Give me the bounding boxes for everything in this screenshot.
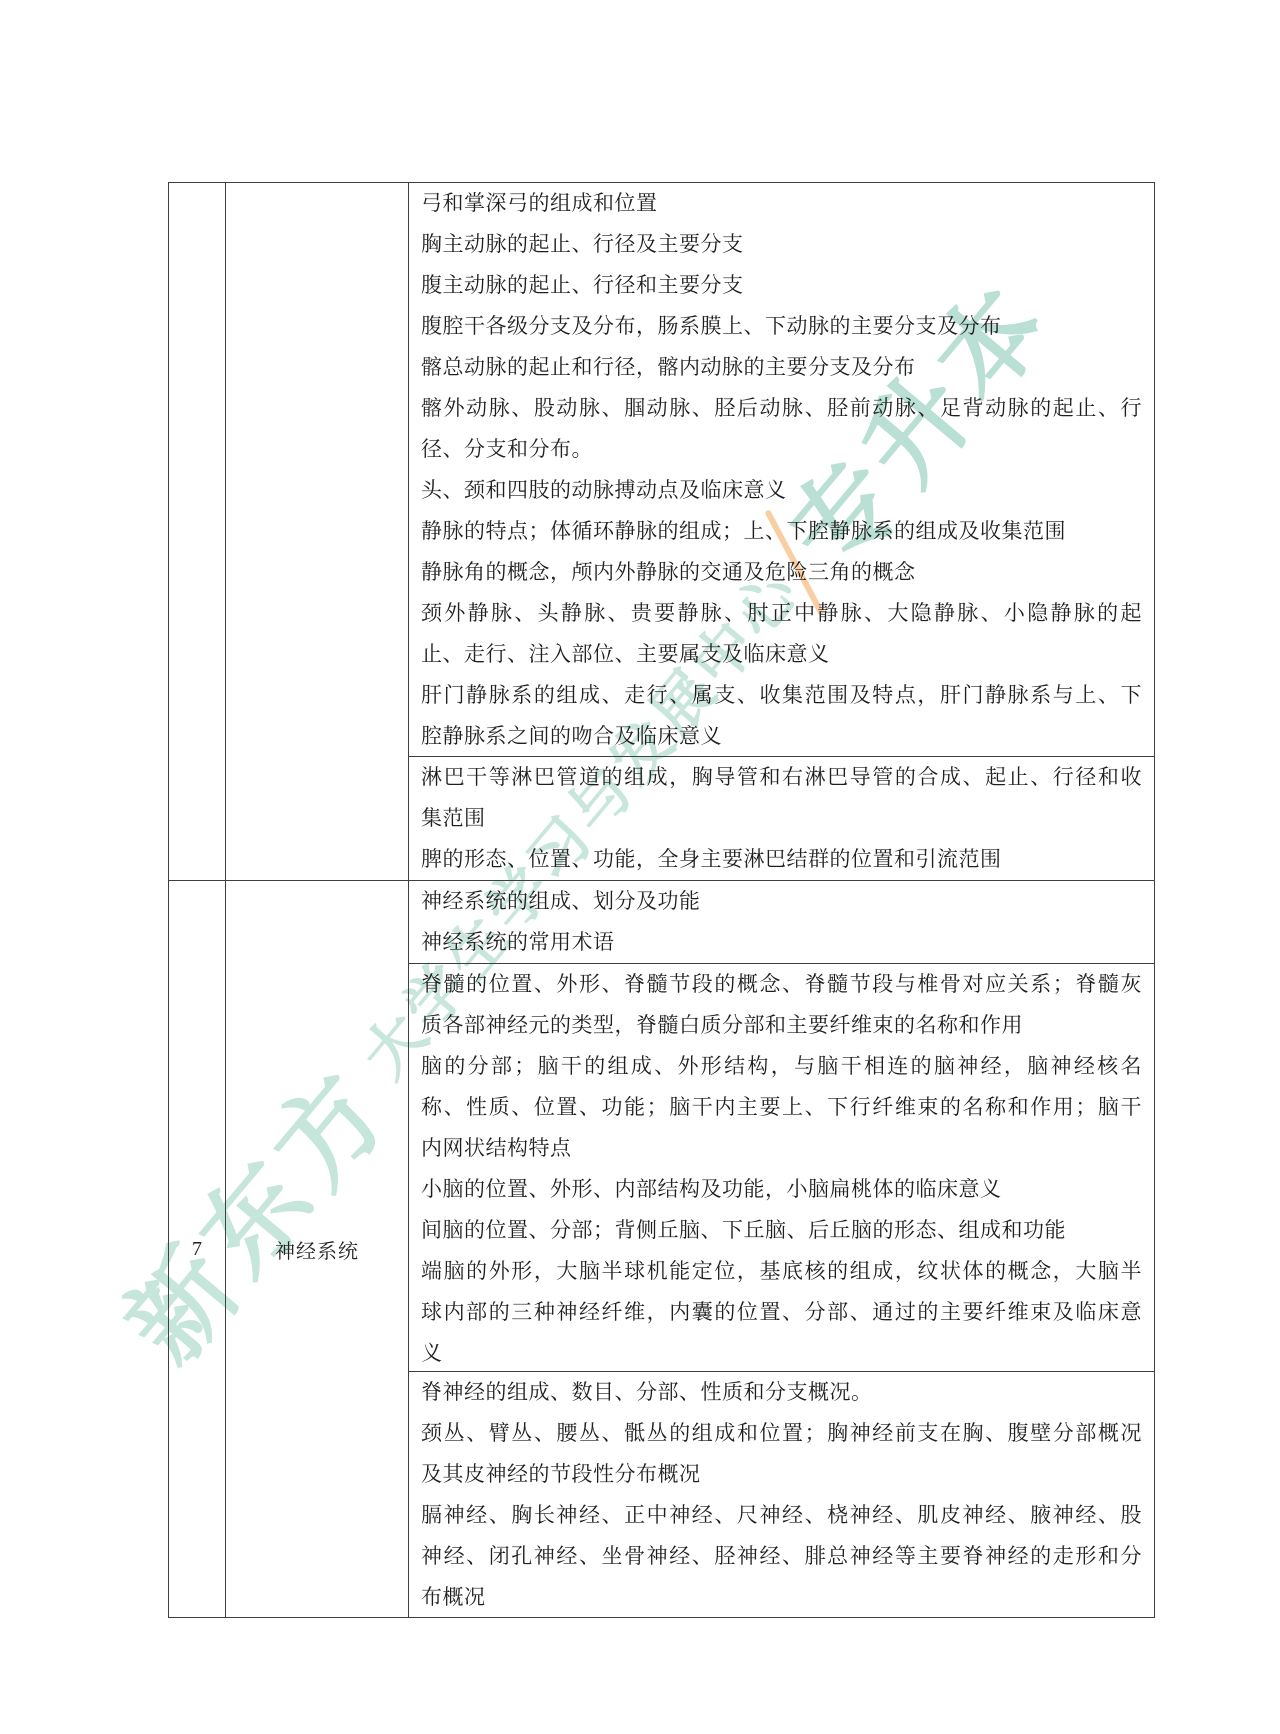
system-name: 神经系统: [275, 1235, 359, 1264]
content-cell-lymph: 淋巴干等淋巴管道的组成，胸导管和右淋巴导管的合成、起止、行径和收集范围脾的形态、…: [409, 756, 1154, 880]
content-line: 弓和掌深弓的组成和位置: [421, 183, 1142, 224]
row-number: 7: [192, 1238, 202, 1261]
content-column: 弓和掌深弓的组成和位置胸主动脉的起止、行径及主要分支腹主动脉的起止、行径和主要分…: [409, 183, 1154, 880]
content-cell-spinal-nerves: 脊神经的组成、数目、分部、性质和分支概况。颈丛、臂丛、腰丛、骶丛的组成和位置；胸…: [409, 1371, 1154, 1618]
content-line: 间脑的位置、分部；背侧丘脑、下丘脑、后丘脑的形态、组成和功能: [421, 1210, 1142, 1251]
content-line: 腔静脉系之间的吻合及临床意义: [421, 716, 1142, 756]
table-row-continuation: 弓和掌深弓的组成和位置胸主动脉的起止、行径及主要分支腹主动脉的起止、行径和主要分…: [169, 183, 1154, 880]
content-line: 及其皮神经的节段性分布概况: [421, 1454, 1142, 1495]
content-line: 脊神经的组成、数目、分部、性质和分支概况。: [421, 1372, 1142, 1413]
content-line: 髂总动脉的起止和行径，髂内动脉的主要分支及分布: [421, 347, 1142, 388]
content-line: 肝门静脉系的组成、走行、属支、收集范围及特点，肝门静脉系与上、下: [421, 675, 1142, 716]
content-line: 静脉的特点；体循环静脉的组成；上、下腔静脉系的组成及收集范围: [421, 511, 1142, 552]
content-line: 髂外动脉、股动脉、腘动脉、胫后动脉、胫前动脉、足背动脉的起止、行: [421, 388, 1142, 429]
content-line: 义: [421, 1333, 1142, 1371]
syllabus-table: 弓和掌深弓的组成和位置胸主动脉的起止、行径及主要分支腹主动脉的起止、行径和主要分…: [168, 182, 1155, 1618]
content-line: 径、分支和分布。: [421, 429, 1142, 470]
content-line: 球内部的三种神经纤维，内囊的位置、分部、通过的主要纤维束及临床意: [421, 1292, 1142, 1333]
content-line: 质各部神经元的类型，脊髓白质分部和主要纤维束的名称和作用: [421, 1005, 1142, 1046]
content-line: 神经系统的常用术语: [421, 922, 1142, 963]
content-line: 头、颈和四肢的动脉搏动点及临床意义: [421, 470, 1142, 511]
system-name-cell: [226, 183, 409, 880]
content-line: 脊髓的位置、外形、脊髓节段的概念、脊髓节段与椎骨对应关系；脊髓灰: [421, 964, 1142, 1005]
content-line: 颈丛、臂丛、腰丛、骶丛的组成和位置；胸神经前支在胸、腹壁分部概况: [421, 1413, 1142, 1454]
content-line: 集范围: [421, 798, 1142, 839]
content-line: 胸主动脉的起止、行径及主要分支: [421, 224, 1142, 265]
content-line: 脾的形态、位置、功能，全身主要淋巴结群的位置和引流范围: [421, 839, 1142, 880]
content-line: 内网状结构特点: [421, 1128, 1142, 1169]
content-line: 小脑的位置、外形、内部结构及功能，小脑扁桃体的临床意义: [421, 1169, 1142, 1210]
row-number-cell: 7: [169, 881, 226, 1618]
content-cell-cns: 脊髓的位置、外形、脊髓节段的概念、脊髓节段与椎骨对应关系；脊髓灰质各部神经元的类…: [409, 963, 1154, 1371]
content-line: 静脉角的概念，颅内外静脉的交通及危险三角的概念: [421, 552, 1142, 593]
content-line: 布概况: [421, 1577, 1142, 1618]
content-line: 膈神经、胸长神经、正中神经、尺神经、桡神经、肌皮神经、腋神经、股: [421, 1495, 1142, 1536]
content-line: 颈外静脉、头静脉、贵要静脉、肘正中静脉、大隐静脉、小隐静脉的起: [421, 593, 1142, 634]
content-line: 淋巴干等淋巴管道的组成，胸导管和右淋巴导管的合成、起止、行径和收: [421, 757, 1142, 798]
content-line: 止、走行、注入部位、主要属支及临床意义: [421, 634, 1142, 675]
content-line: 脑的分部；脑干的组成、外形结构，与脑干相连的脑神经，脑神经核名: [421, 1046, 1142, 1087]
content-line: 神经系统的组成、划分及功能: [421, 881, 1142, 922]
content-line: 腹腔干各级分支及分布，肠系膜上、下动脉的主要分支及分布: [421, 306, 1142, 347]
content-cell-vessels: 弓和掌深弓的组成和位置胸主动脉的起止、行径及主要分支腹主动脉的起止、行径和主要分…: [409, 183, 1154, 756]
row-number-cell: [169, 183, 226, 880]
table-row-7: 7 神经系统 神经系统的组成、划分及功能神经系统的常用术语 脊髓的位置、外形、脊…: [169, 880, 1154, 1618]
system-name-cell: 神经系统: [226, 881, 409, 1618]
content-line: 端脑的外形，大脑半球机能定位，基底核的组成，纹状体的概念，大脑半: [421, 1251, 1142, 1292]
content-column: 神经系统的组成、划分及功能神经系统的常用术语 脊髓的位置、外形、脊髓节段的概念、…: [409, 881, 1154, 1618]
content-cell-ns-overview: 神经系统的组成、划分及功能神经系统的常用术语: [409, 881, 1154, 963]
content-line: 腹主动脉的起止、行径和主要分支: [421, 265, 1142, 306]
content-line: 称、性质、位置、功能；脑干内主要上、下行纤维束的名称和作用；脑干: [421, 1087, 1142, 1128]
content-line: 神经、闭孔神经、坐骨神经、胫神经、腓总神经等主要脊神经的走形和分: [421, 1536, 1142, 1577]
document-page: 新东方 大学生学习与发展中心 专升本 弓和掌深弓的组成和位置胸主动脉的起止、行径…: [0, 0, 1280, 1734]
